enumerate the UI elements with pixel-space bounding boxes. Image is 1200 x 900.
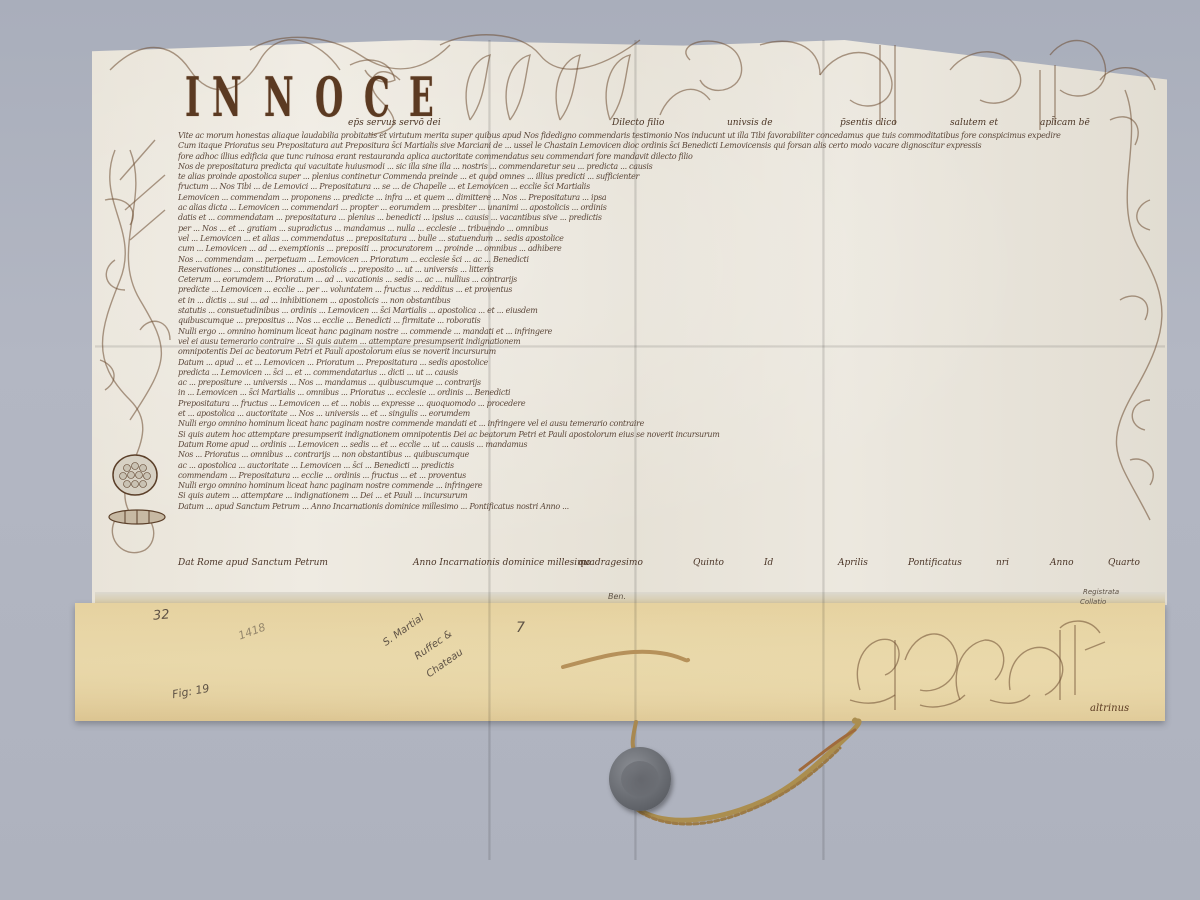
top-word: ep̄s servus servō dei <box>348 118 441 128</box>
text-line: Datum ... apud Sanctum Petrum ... Anno I… <box>178 502 1150 512</box>
text-line: vel ei ausu temerario contraire ... Si q… <box>178 337 1150 347</box>
text-line: fore adhoc illius edificia que tunc ruin… <box>178 152 1150 162</box>
text-line: et ... apostolica ... auctoritate ... No… <box>178 409 1150 419</box>
dating-word: nri <box>996 558 1009 568</box>
text-line: Si quis autem ... attemptare ... indigna… <box>178 491 1150 501</box>
dating-word: Pontificatus <box>908 558 962 568</box>
text-line: Prepositatura ... fructus ... Lemovicen … <box>178 399 1150 409</box>
text-line: Lemovicen ... commendam ... proponens ..… <box>178 193 1150 203</box>
initial-letter: C <box>364 70 389 124</box>
text-line: ac ... apostolica ... auctoritate ... Le… <box>178 461 1150 471</box>
text-line: ac ... prepositure ... universis ... Nos… <box>178 378 1150 388</box>
dating-clause: Dat Rome apud Sanctum Petrum Anno Incarn… <box>178 558 1158 572</box>
text-line: Nulli ergo ... omnino hominum liceat han… <box>178 327 1150 337</box>
text-line: in ... Lemovicen ... s̄ci Martialis ... … <box>178 388 1150 398</box>
scribe-signature: altrinus <box>1090 703 1129 714</box>
text-line: Nos de prepositatura predicta qui vacuit… <box>178 162 1150 172</box>
top-word: salutem et <box>950 118 998 128</box>
initial-letter: I <box>185 70 199 124</box>
lead-seal <box>609 747 671 811</box>
text-line: Nos ... commendam ... perpetuam ... Lemo… <box>178 255 1150 265</box>
top-word: univsis de <box>727 118 773 128</box>
text-line: datis et ... commendatam ... prepositatu… <box>178 213 1150 223</box>
text-line: Si quis autem hoc attemptare presumpseri… <box>178 430 1150 440</box>
text-line: Datum ... apud ... et ... Lemovicen ... … <box>178 358 1150 368</box>
text-line: per ... Nos ... et ... gratiam ... supra… <box>178 224 1150 234</box>
text-line: predicte ... Lemovicen ... ecclie ... pe… <box>178 285 1150 295</box>
top-word: Dilecto filio <box>612 118 664 128</box>
text-line: te alias proinde apostolica super ... pl… <box>178 172 1150 182</box>
initial-letter: N <box>264 70 292 124</box>
initial-letter: N <box>212 70 240 124</box>
dating-word: Quinto <box>693 558 724 568</box>
dating-word: Dat Rome apud Sanctum Petrum <box>178 558 328 568</box>
text-line: cum ... Lemovicen ... ad ... exemptionis… <box>178 244 1150 254</box>
dating-word: Id <box>764 558 773 568</box>
text-line: vel ... Lemovicen ... et alias ... comme… <box>178 234 1150 244</box>
archival-note: 7 <box>516 620 525 636</box>
top-word: apl̄icam bē <box>1040 118 1090 128</box>
dating-word: Aprilis <box>838 558 868 568</box>
dating-word: quadragesimo <box>578 558 643 568</box>
text-line: omnipotentis Dei ac beatorum Petri et Pa… <box>178 347 1150 357</box>
margin-note: Ben. <box>608 592 626 601</box>
text-line: ac alias dicta ... Lemovicen ... commend… <box>178 203 1150 213</box>
text-line: Cum itaque Prioratus seu Prepositatura a… <box>178 141 1150 151</box>
archival-number: 32 <box>152 607 170 623</box>
text-line: predicta ... Lemovicen ... s̄ci ... et .… <box>178 368 1150 378</box>
seal-face <box>621 761 659 797</box>
dating-word: Quarto <box>1108 558 1140 568</box>
dating-word: Anno Incarnationis dominice millesimo <box>413 558 591 568</box>
top-word: p̄sentis clico <box>840 118 897 128</box>
initial-letter: E <box>409 70 433 124</box>
text-line: Reservationes ... constitutiones ... apo… <box>178 265 1150 275</box>
seal-cord <box>563 652 859 824</box>
document-body: Vite ac morum honestas aliaque laudabili… <box>178 131 1150 512</box>
text-line: Ceterum ... eorumdem ... Prioratum ... a… <box>178 275 1150 285</box>
text-line: et in ... dictis ... sui ... ad ... inhi… <box>178 296 1150 306</box>
text-line: fructum ... Nos Tibi ... de Lemovici ...… <box>178 182 1150 192</box>
text-line: Nulli ergo omnino hominum liceat hanc pa… <box>178 419 1150 429</box>
text-line: Vite ac morum honestas aliaque laudabili… <box>178 131 1150 141</box>
text-line: commendam ... Prepositatura ... ecclie .… <box>178 471 1150 481</box>
margin-note: Registrata <box>1083 588 1119 596</box>
dating-word: Anno <box>1050 558 1074 568</box>
pomegranate-ornament <box>109 455 165 524</box>
text-line: quibuscumque ... prepositus ... Nos ... … <box>178 316 1150 326</box>
margin-note: Collatio <box>1080 598 1106 606</box>
text-line: Nulli ergo omnino hominum liceat hanc pa… <box>178 481 1150 491</box>
text-line: statutis ... consuetudinibus ... ordinis… <box>178 306 1150 316</box>
initial-letter: O <box>315 70 342 124</box>
text-line: Nos ... Prioratus ... omnibus ... contra… <box>178 450 1150 460</box>
text-line: Datum Rome apud ... ordinis ... Lemovice… <box>178 440 1150 450</box>
heading-initials: I N N O C E <box>185 62 448 124</box>
